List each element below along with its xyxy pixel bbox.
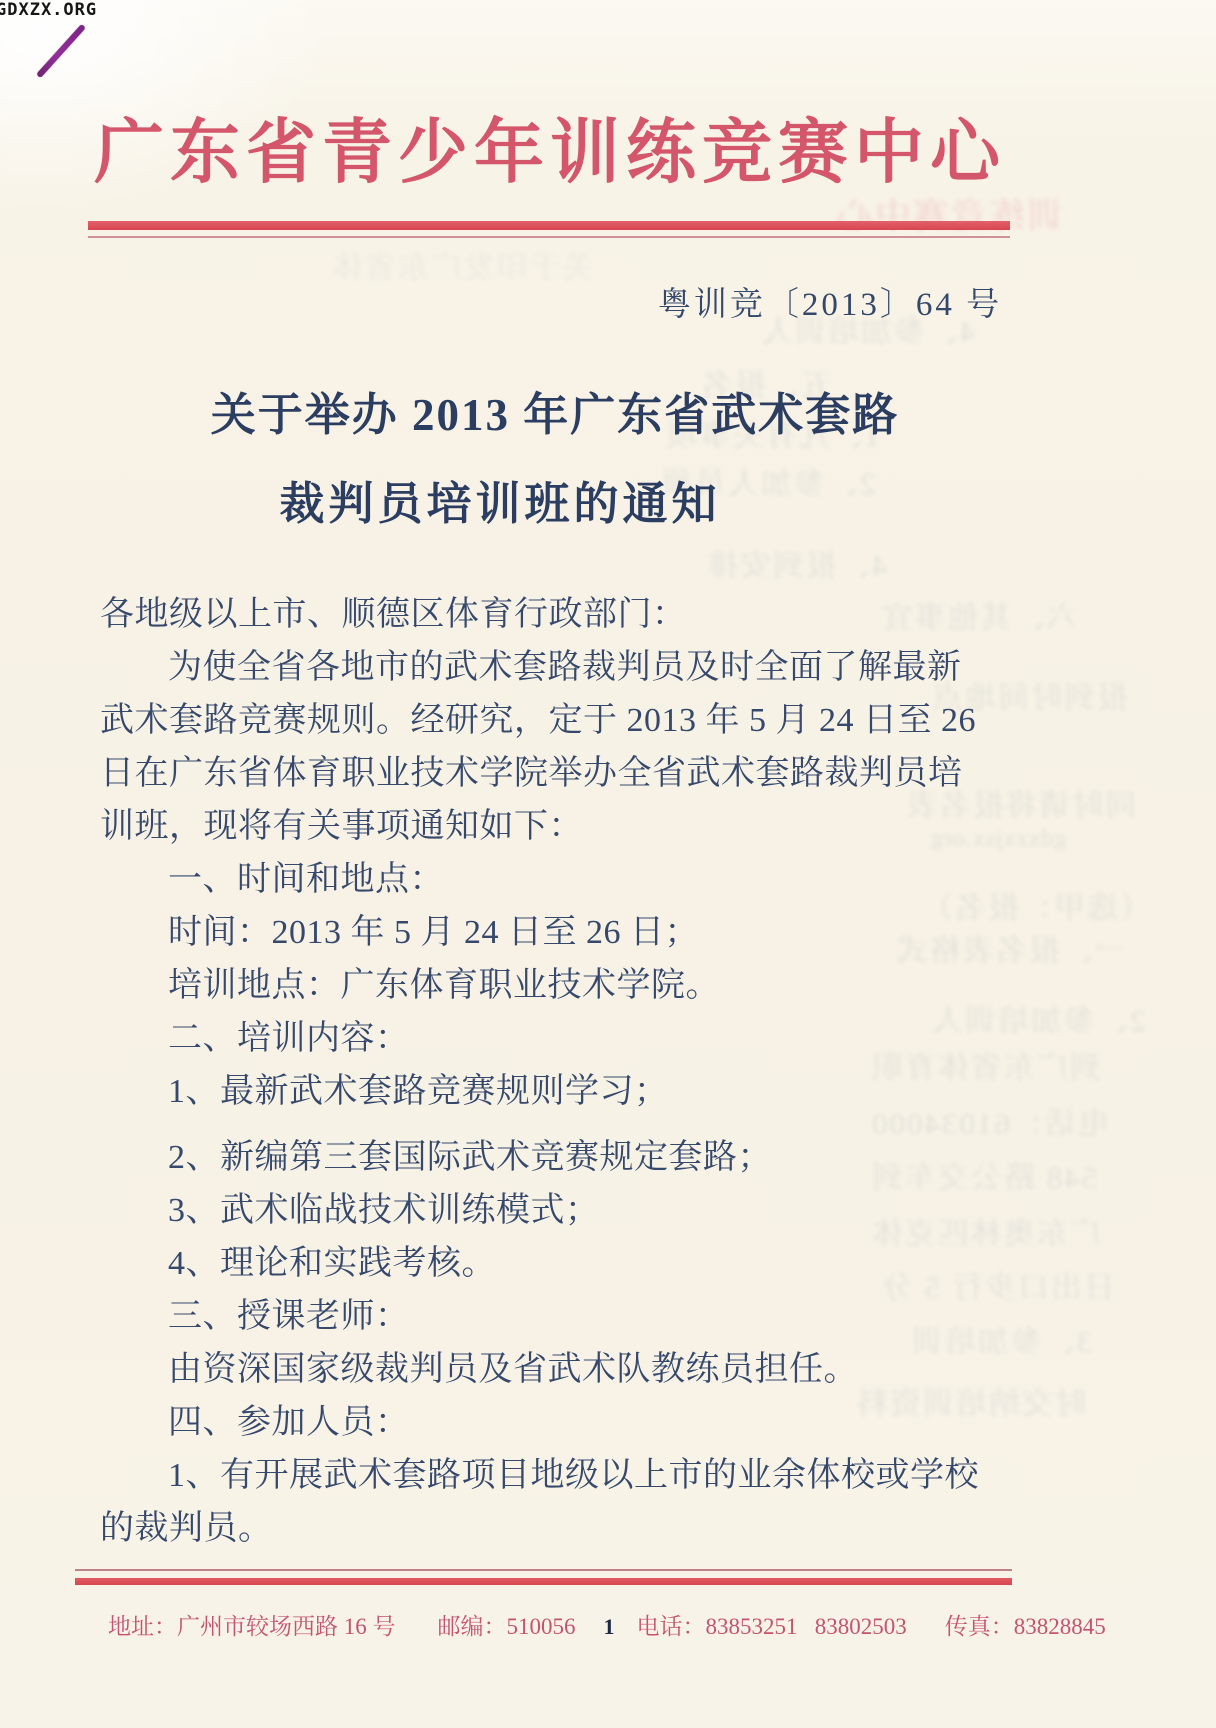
footer-postcode: 邮编：510056 <box>438 1608 576 1641</box>
scanned-document-page: GDXZX.ORG 训练竞赛中心 关于印发广东省体 4、参加培训人 五、报名 1… <box>0 0 1216 1728</box>
body-line-section-4: 四、参加人员： <box>100 1396 952 1449</box>
document-title-line2: 裁判员培训班的通知 <box>0 467 1000 532</box>
footer-rule <box>75 1578 1012 1585</box>
footer-fax: 传真：83828845 <box>945 1608 1106 1641</box>
letterhead-rule <box>88 221 1010 230</box>
body-line: 的裁判员。 <box>100 1502 952 1555</box>
body-line-section-1: 一、时间和地点： <box>100 853 952 906</box>
bleedthrough-text: 关于印发广东省体 <box>330 242 594 287</box>
document-number: 粤训竞〔2013〕64 号 <box>640 278 1020 325</box>
body-line-item-2: 2、新编第三套国际武术竞赛规定套路； <box>100 1131 952 1184</box>
pen-slash-mark <box>36 24 86 79</box>
body-line: 为使全省各地市的武术套路裁判员及时全面了解最新 <box>100 641 952 694</box>
footer-phone: 电话：83853251 83802503 <box>637 1608 907 1641</box>
body-line: 由资深国家级裁判员及省武术队教练员担任。 <box>100 1343 952 1396</box>
bleedthrough-text: 2、参加培训人 <box>930 995 1146 1040</box>
body-line-salutation: 各地级以上市、顺德区体育行政部门： <box>100 588 952 641</box>
footer-contact-line: 地址：广州市较场西路 16 号 邮编：510056 1 电话：83853251 … <box>108 1608 1108 1641</box>
footer-address: 地址：广州市较场西路 16 号 <box>108 1608 396 1641</box>
document-body: 各地级以上市、顺德区体育行政部门： 为使全省各地市的武术套路裁判员及时全面了解最… <box>100 588 952 1555</box>
body-line-item-4: 4、理论和实践考核。 <box>100 1237 952 1290</box>
body-line: 日在广东省体育职业技术学院举办全省武术套路裁判员培 <box>100 747 952 800</box>
body-line-section-2: 二、培训内容： <box>100 1012 952 1065</box>
bleedthrough-text: 4、报到安排 <box>705 540 888 585</box>
page-number: 1 <box>604 1614 615 1640</box>
body-line-section-3: 三、授课老师： <box>100 1290 952 1343</box>
body-line: 武术套路竞赛规则。经研究，定于 2013 年 5 月 24 日至 26 <box>100 694 952 747</box>
letterhead-rule-thin <box>88 236 1010 238</box>
body-line: 训班，现将有关事项通知如下： <box>100 800 952 853</box>
document-title-line1: 关于举办 2013 年广东省武术套路 <box>55 378 1055 443</box>
document-title: 关于举办 2013 年广东省武术套路 裁判员培训班的通知 <box>55 378 1055 532</box>
footer-rule-thin <box>75 1569 1012 1571</box>
body-line: 培训地点：广东体育职业技术学院。 <box>100 959 952 1012</box>
bleedthrough-text: （选甲：报名） <box>920 882 1151 927</box>
body-line: 时间：2013 年 5 月 24 日至 26 日； <box>100 906 952 959</box>
letterhead-org-name: 广东省青少年训练竞赛中心 <box>0 96 1100 197</box>
body-line-item-1: 1、最新武术套路竞赛规则学习； <box>100 1065 952 1118</box>
site-watermark: GDXZX.ORG <box>0 0 97 20</box>
body-line-item-1b: 1、有开展武术套路项目地级以上市的业余体校或学校 <box>100 1449 952 1502</box>
body-line-item-3: 3、武术临战技术训练模式； <box>100 1184 952 1237</box>
